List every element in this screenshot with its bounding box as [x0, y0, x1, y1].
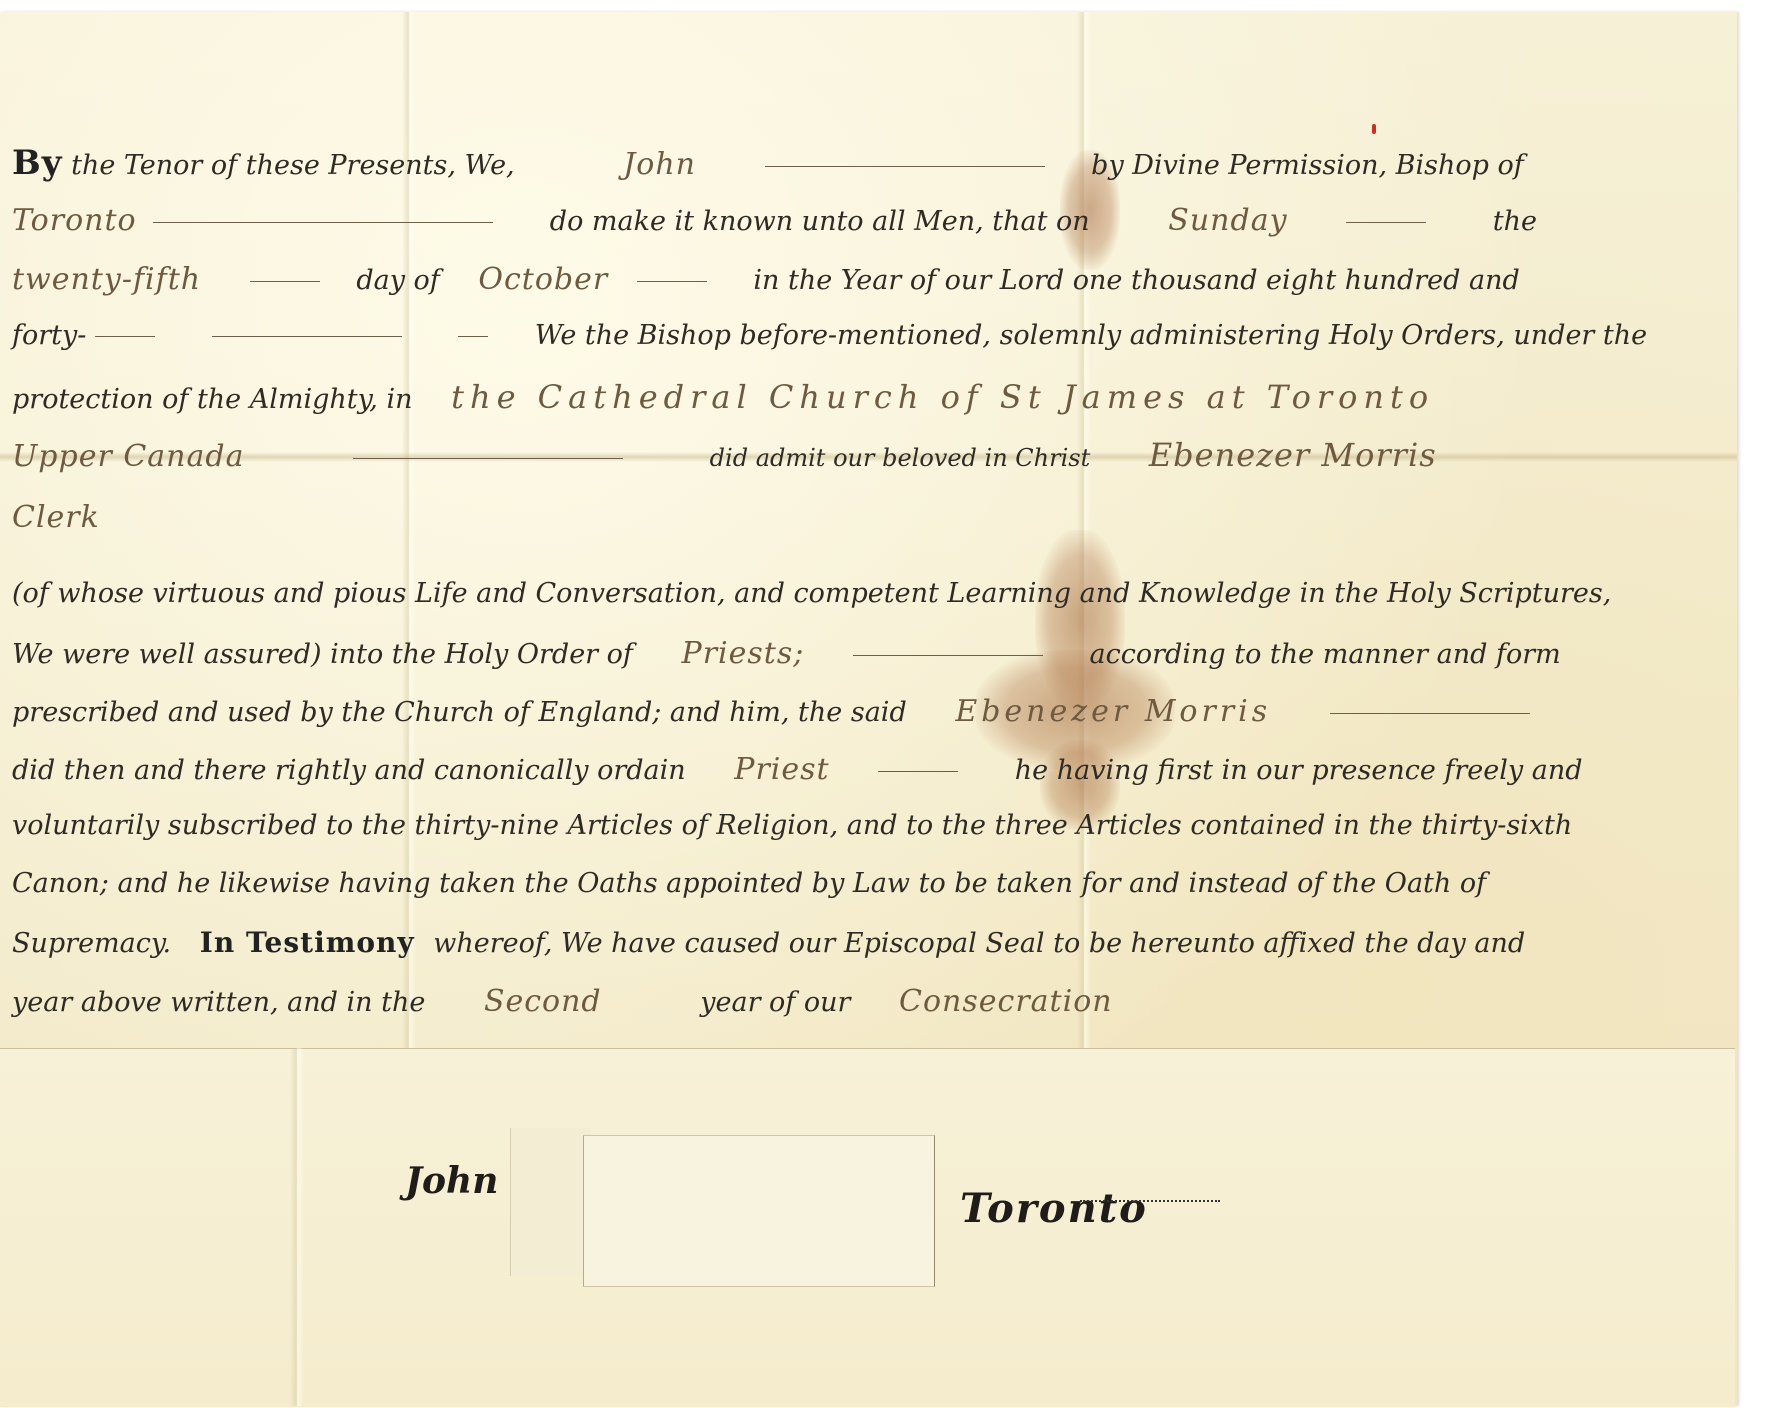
handwritten-order: Priests; [682, 636, 805, 671]
printed-text: according to the manner and form [1090, 639, 1561, 670]
fill-blank [765, 166, 1045, 167]
text-line-8: (of whose virtuous and pious Life and Co… [12, 578, 1611, 609]
printed-text: forty- [12, 320, 86, 351]
text-line-14: Supremacy. In Testimony whereof, We have… [12, 926, 1525, 959]
printed-text: did admit our beloved in Christ [710, 444, 1091, 472]
text-line-1: By the Tenor of these Presents, We, John… [12, 143, 1524, 183]
printed-text: prescribed and used by the Church of Eng… [12, 697, 907, 728]
printed-text: whereof, We have caused our Episcopal Se… [433, 928, 1525, 959]
handwritten-month: October [478, 262, 608, 297]
printed-text: in the Year of our Lord one thousand eig… [753, 265, 1519, 296]
text-line-13: Canon; and he likewise having taken the … [12, 868, 1486, 899]
text-line-9: We were well assured) into the Holy Orde… [12, 636, 1561, 671]
handwritten-weekday: Sunday [1168, 203, 1287, 238]
handwritten-church: the Cathedral Church of St James at Toro… [451, 378, 1434, 416]
printed-text: Supremacy. [12, 928, 171, 959]
fill-blank [878, 771, 958, 772]
printed-text: voluntarily subscribed to the thirty-nin… [12, 810, 1572, 841]
printed-text: year above written, and in the [12, 987, 425, 1018]
printed-text: We the Bishop before-mentioned, solemnly… [535, 320, 1647, 351]
printed-text: protection of the Almighty, in [12, 384, 413, 415]
text-line-7: Clerk [12, 500, 100, 535]
printed-text: Canon; and he likewise having taken the … [12, 868, 1486, 899]
text-line-3: twenty-fifth day of October in the Year … [12, 262, 1520, 297]
seal-paper-tab [510, 1128, 591, 1276]
fill-blank [250, 281, 320, 282]
signature-flourish [1080, 1200, 1220, 1202]
printed-text: by Divine Permission, Bishop of [1091, 150, 1524, 181]
handwritten-province: Upper Canada [12, 439, 244, 474]
text-line-4: forty- We the Bishop before-mentioned, s… [12, 320, 1647, 351]
episcopal-seal-area [583, 1135, 935, 1287]
handwritten-title: Clerk [12, 500, 100, 535]
text-line-2: Toronto do make it known unto all Men, t… [12, 203, 1537, 238]
blackletter-in-testimony: In Testimony [200, 926, 415, 959]
fill-blank [95, 336, 155, 337]
handwritten-candidate-name-2: Ebenezer Morris [955, 694, 1271, 729]
fill-blank [458, 336, 488, 337]
red-ink-mark [1372, 124, 1376, 134]
text-line-5: protection of the Almighty, in the Cathe… [12, 378, 1434, 416]
signature-first-name: John [405, 1160, 498, 1202]
fill-blank [153, 222, 493, 223]
text-line-6: Upper Canada did admit our beloved in Ch… [12, 436, 1437, 474]
printed-text: the [1493, 206, 1537, 237]
printed-text: day of [356, 265, 439, 296]
text-line-12: voluntarily subscribed to the thirty-nin… [12, 810, 1572, 841]
text-line-15: year above written, and in the Second ye… [12, 984, 1113, 1019]
fold-crease-lower [290, 1048, 304, 1406]
handwritten-bishop-name: John [623, 147, 696, 182]
handwritten-year-ordinal: Second [484, 984, 602, 1019]
printed-text: do make it known unto all Men, that on [550, 206, 1090, 237]
fill-blank [637, 281, 707, 282]
printed-text: (of whose virtuous and pious Life and Co… [12, 578, 1611, 609]
fill-blank [853, 655, 1043, 656]
printed-text: We were well assured) into the Holy Orde… [12, 639, 633, 670]
fill-blank [1330, 713, 1530, 714]
fill-blank [212, 336, 402, 337]
printed-text: he having first in our presence freely a… [1015, 755, 1583, 786]
handwritten-diocese: Toronto [12, 203, 137, 238]
signature-see: Toronto [960, 1185, 1148, 1232]
text-line-11: did then and there rightly and canonical… [12, 752, 1583, 787]
handwritten-day: twenty-fifth [12, 262, 201, 297]
handwritten-candidate-name: Ebenezer Morris [1149, 436, 1437, 474]
handwritten-order-2: Priest [734, 752, 829, 787]
printed-text: year of our [700, 987, 850, 1018]
text-line-10: prescribed and used by the Church of Eng… [12, 694, 1538, 729]
blackletter-initial: By [12, 143, 63, 183]
fill-blank [353, 458, 623, 459]
handwritten-consecration: Consecration [899, 984, 1113, 1019]
fill-blank [1346, 222, 1426, 223]
printed-text: did then and there rightly and canonical… [12, 755, 686, 786]
printed-text: the Tenor of these Presents, We, [71, 150, 515, 181]
